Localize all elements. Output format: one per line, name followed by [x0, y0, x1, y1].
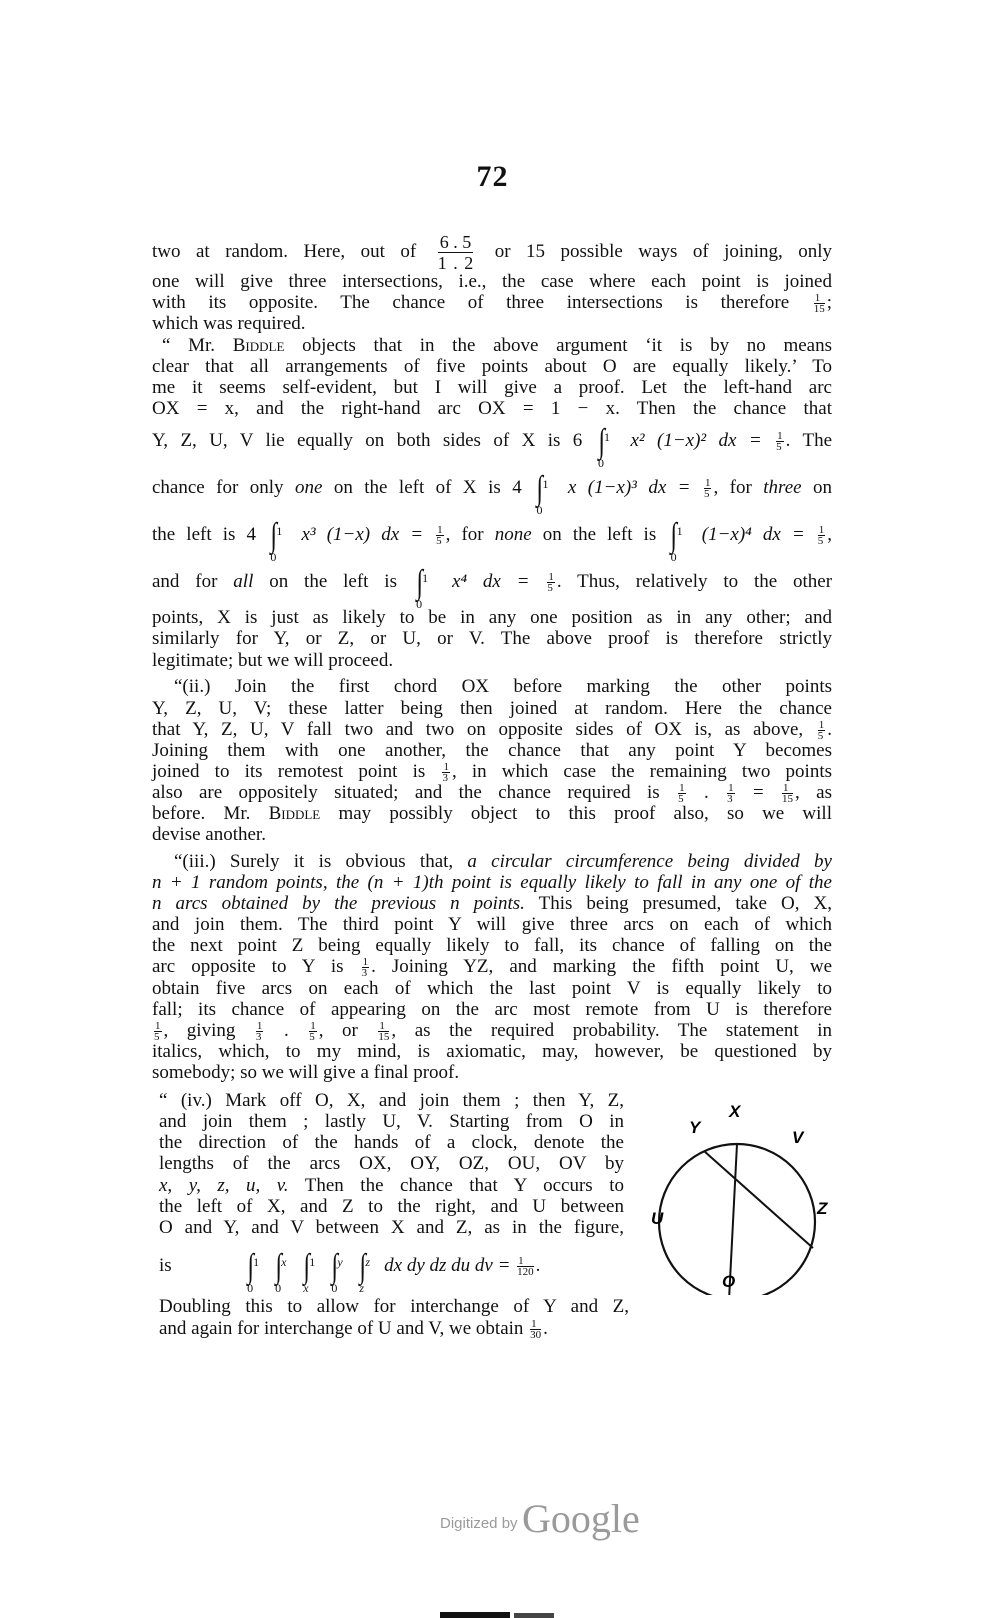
text-line: with its opposite. The chance of three i… [152, 292, 832, 314]
svg-text:U: U [651, 1209, 664, 1228]
svg-text:Y: Y [689, 1118, 702, 1137]
text-line: n + 1 random points, the (n + 1)th point… [152, 872, 832, 894]
google-logo: Google [522, 1496, 640, 1541]
scan-edge-bar [440, 1612, 510, 1618]
text-line: fall; its chance of appearing on the arc… [152, 999, 832, 1021]
text-line: OX = x, and the right-hand arc OX = 1 − … [152, 398, 832, 420]
scan-edge-bar [514, 1613, 554, 1618]
text-line: one will give three intersections, i.e.,… [152, 271, 832, 293]
text-run: two at random. Here, out of [152, 241, 416, 262]
equation-line: the left is 4 ∫10 x³ (1−x) dx = 15, for … [152, 524, 832, 547]
text-line: italics, which, to my mind, is axiomatic… [152, 1041, 832, 1063]
equation-line: chance for only one on the left of X is … [152, 477, 832, 500]
text-line: “(ii.) Join the first chord OX before ma… [152, 676, 832, 698]
digitized-by-google-watermark: Digitized by Google [440, 1495, 640, 1542]
text-line: and again for interchange of U and V, we… [159, 1318, 649, 1340]
svg-text:V: V [792, 1128, 805, 1147]
text-line: 15, giving 13 . 15, or 115, as the requi… [152, 1020, 832, 1042]
equation-line: and for all on the left is ∫10 x⁴ dx = 1… [152, 571, 832, 594]
text-line: that Y, Z, U, V fall two and two on oppo… [152, 719, 832, 741]
text-line: points, X is just as likely to be in any… [152, 607, 832, 629]
text-line: somebody; so we will give a final proof. [152, 1062, 832, 1084]
text-line: similarly for Y, or Z, or U, or V. The a… [152, 628, 832, 650]
svg-text:X: X [728, 1102, 742, 1121]
text-line: clear that all arrangements of five poin… [152, 356, 832, 378]
equation-line: Y, Z, U, V lie equally on both sides of … [152, 430, 832, 453]
text-line: before. Mr. Biddle may possibly object t… [152, 803, 832, 825]
page-number: 72 [0, 160, 985, 194]
circle-diagram-icon: X Y V Z U O [645, 1095, 845, 1295]
fraction: 6 . 51 . 2 [438, 232, 474, 273]
circle-chord-figure: X Y V Z U O [645, 1095, 845, 1295]
text-line: devise another. [152, 824, 832, 846]
text-line: Joining them with one another, the chanc… [152, 740, 832, 762]
text-line: which was required. [152, 313, 832, 335]
text-line: obtain five arcs on each of which the la… [152, 978, 832, 1000]
text-line: the next point Z being equally likely to… [152, 935, 832, 957]
text-line: me it seems self-evident, but I will giv… [152, 377, 832, 399]
text-run: or 15 possible ways of joining, only [495, 241, 832, 262]
text-line: the direction of the hands of a clock, d… [159, 1132, 624, 1154]
text-line: Y, Z, U, V; these latter being then join… [152, 698, 832, 720]
text-line: Doubling this to allow for interchange o… [159, 1296, 629, 1318]
text-line: “ (iv.) Mark off O, X, and join them ; t… [159, 1090, 624, 1112]
svg-text:O: O [722, 1272, 735, 1291]
svg-text:Z: Z [816, 1199, 828, 1218]
text-line: joined to its remotest point is 13, in w… [152, 761, 832, 783]
text-line: O and Y, and V between X and Z, as in th… [159, 1217, 624, 1239]
fraction: 115 [814, 293, 825, 314]
text-line: n arcs obtained by the previous n points… [152, 893, 832, 915]
text-line: legitimate; but we will proceed. [152, 650, 832, 672]
text-line: arc opposite to Y is 13. Joining YZ, and… [152, 956, 832, 978]
text-line: “ Mr. Biddle objects that in the above a… [152, 335, 832, 357]
text-line: the left of X, and Z to the right, and U… [159, 1196, 624, 1218]
text-line: and join them. The third point Y will gi… [152, 914, 832, 936]
text-line: and join them ; lastly U, V. Starting fr… [159, 1111, 624, 1133]
text-line: “(iii.) Surely it is obvious that, a cir… [152, 851, 832, 873]
text-line: lengths of the arcs OX, OY, OZ, OU, OV b… [159, 1153, 624, 1175]
text-line: x, y, z, u, v. Then the chance that Y oc… [159, 1175, 624, 1197]
text-line: two at random. Here, out of 6 . 51 . 2 o… [152, 232, 832, 273]
text-line: also are oppositely situated; and the ch… [152, 782, 832, 804]
equation-line: is ∫10 ∫x0 ∫1x ∫y0 ∫zz dx dy dz du dv = … [159, 1255, 624, 1278]
